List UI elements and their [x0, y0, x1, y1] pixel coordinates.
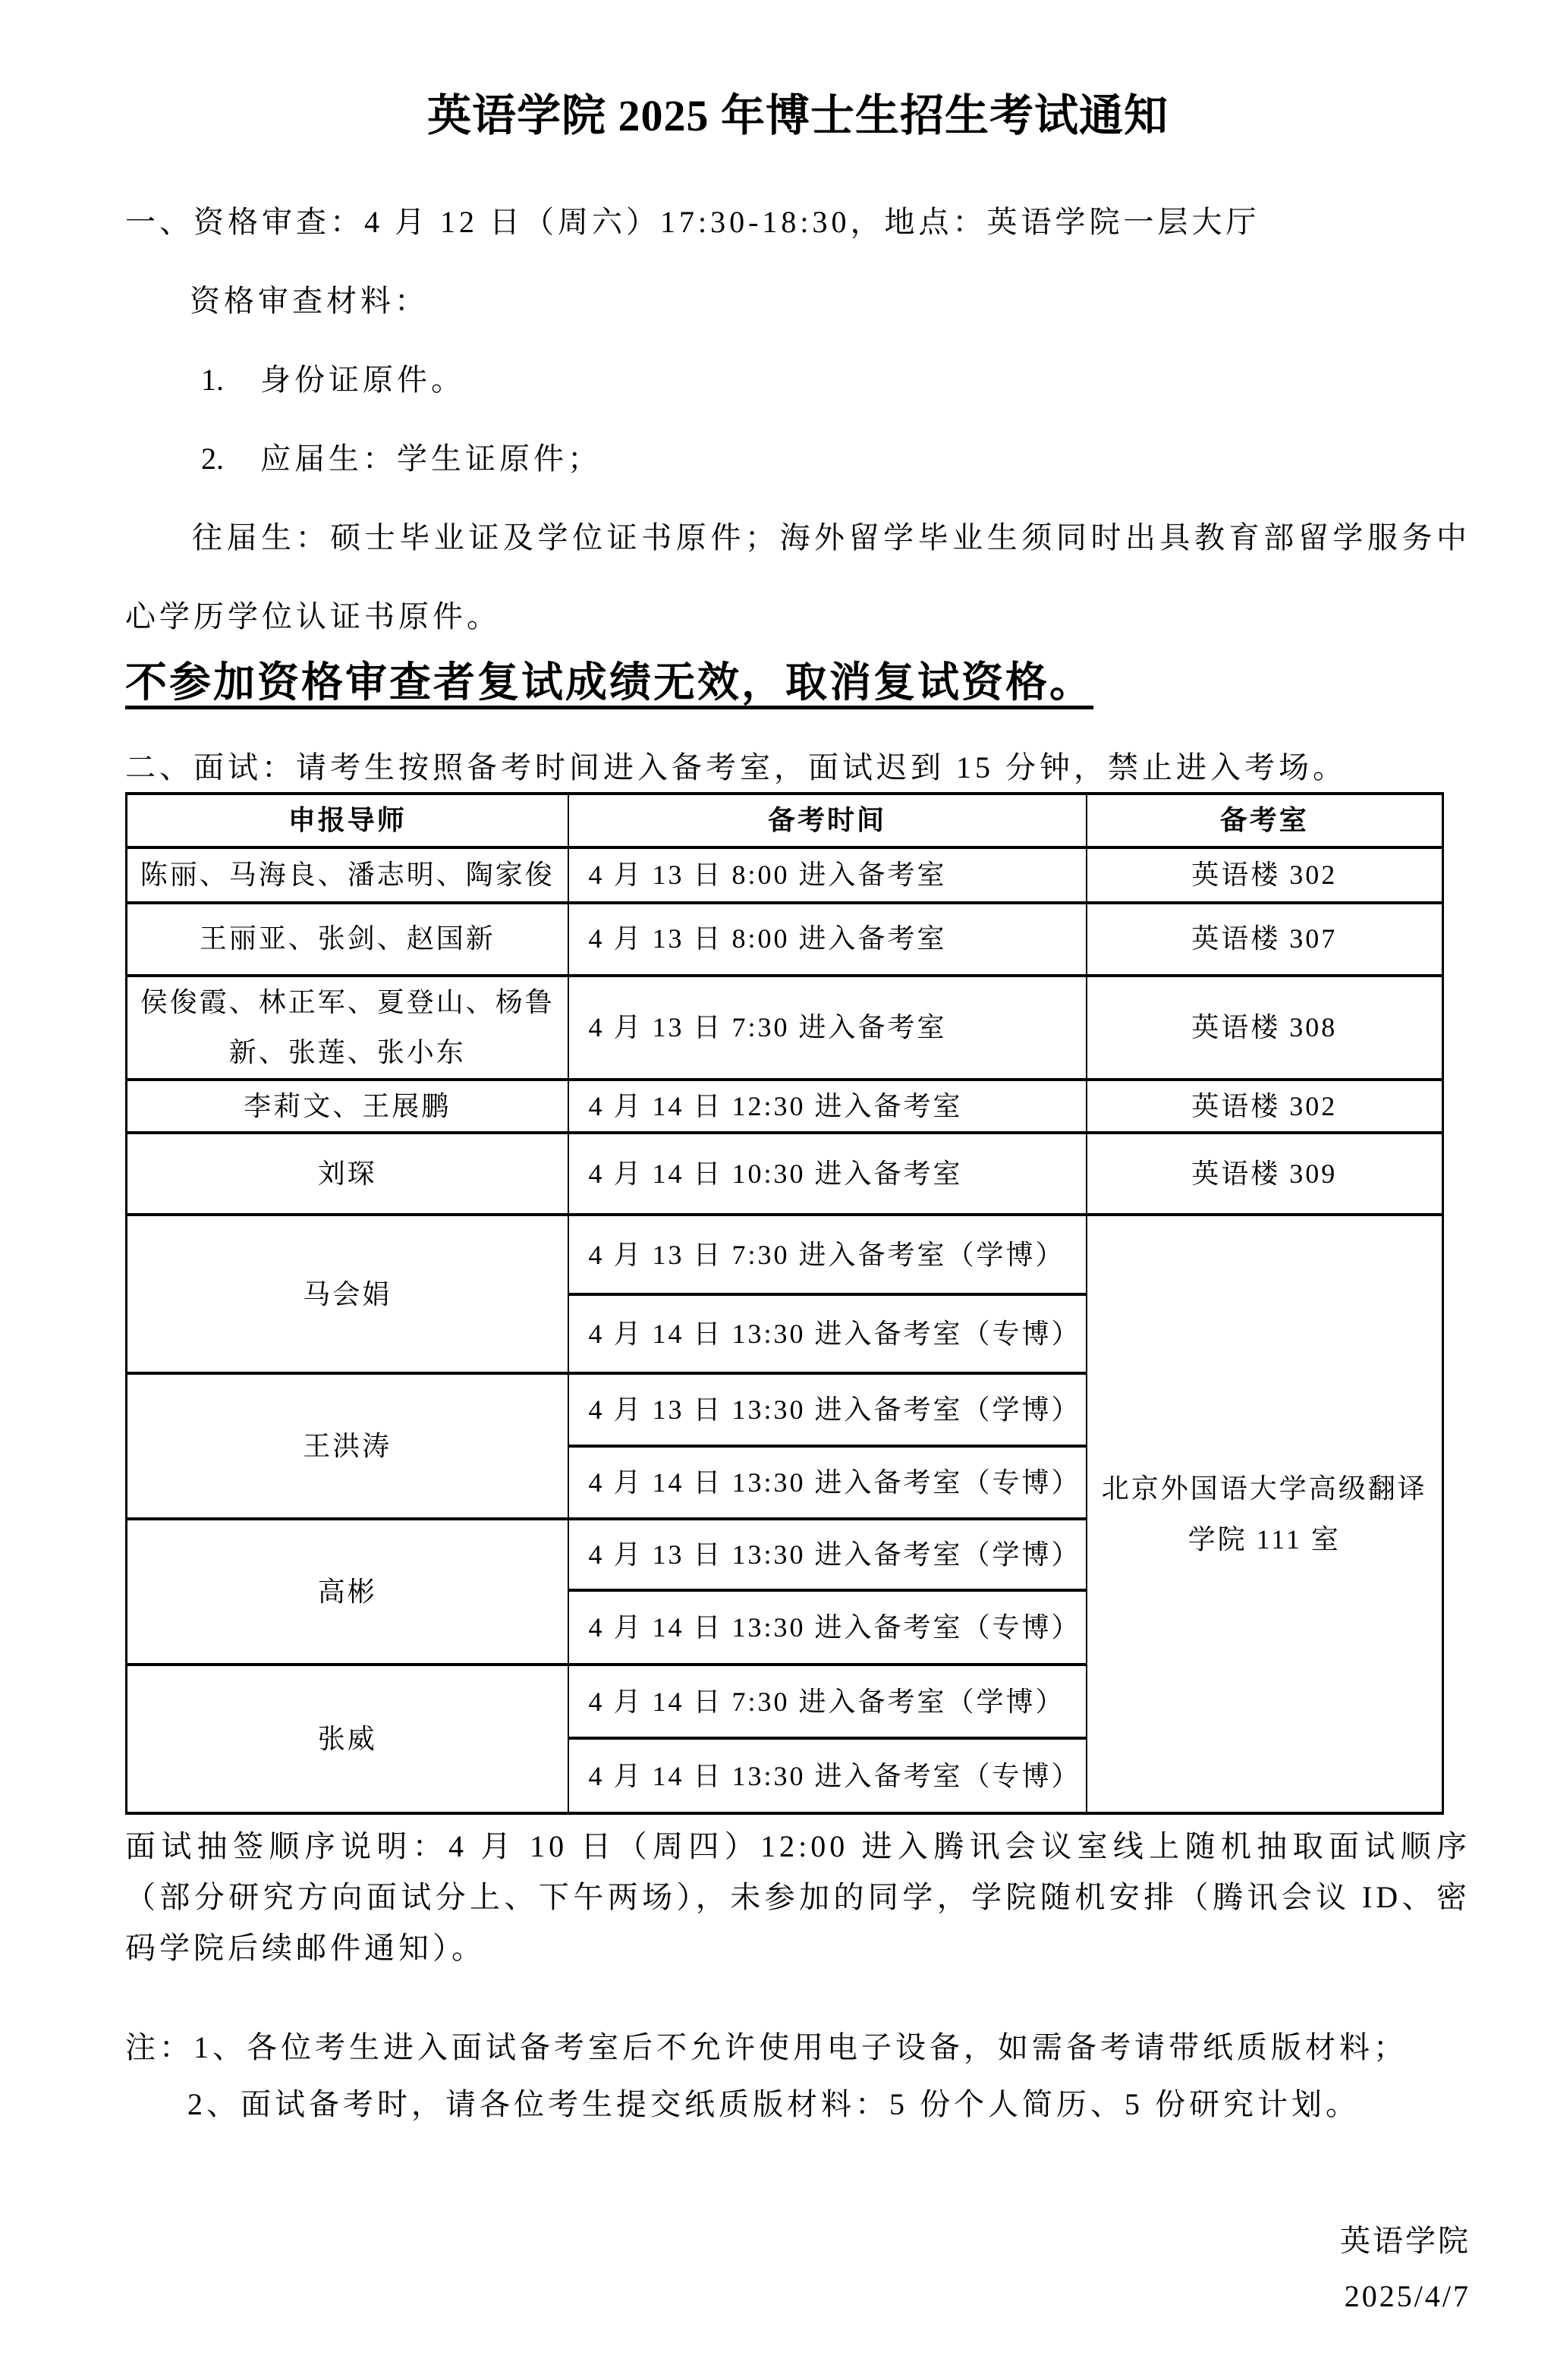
mentor-cell: 侯俊霞、林正军、夏登山、杨鲁新、张莲、张小东 — [127, 976, 568, 1080]
section1-heading: 一、资格审查：4 月 12 日（周六）17:30-18:30，地点：英语学院一层… — [125, 183, 1471, 262]
mentor-cell: 王丽亚、张剑、赵国新 — [127, 903, 568, 976]
table-row: 侯俊霞、林正军、夏登山、杨鲁新、张莲、张小东 4 月 13 日 7:30 进入备… — [127, 976, 1443, 1080]
materials-label: 资格审查材料： — [125, 262, 1471, 341]
time-cell: 4 月 14 日 13:30 进入备考室（专博） — [568, 1738, 1087, 1813]
header-prep-room: 备考室 — [1087, 794, 1443, 847]
room-cell: 英语楼 308 — [1087, 976, 1443, 1080]
table-row: 陈丽、马海良、潘志明、陶家俊 4 月 13 日 8:00 进入备考室 英语楼 3… — [127, 847, 1443, 903]
interview-schedule-table: 申报导师 备考时间 备考室 陈丽、马海良、潘志明、陶家俊 4 月 13 日 8:… — [125, 792, 1444, 1815]
time-cell: 4 月 13 日 7:30 进入备考室 — [568, 976, 1087, 1080]
time-cell: 4 月 13 日 13:30 进入备考室（学博） — [568, 1519, 1087, 1590]
time-cell: 4 月 14 日 12:30 进入备考室 — [568, 1080, 1087, 1133]
table-header-row: 申报导师 备考时间 备考室 — [127, 794, 1443, 847]
table-row: 刘琛 4 月 14 日 10:30 进入备考室 英语楼 309 — [127, 1133, 1443, 1215]
item-2-number: 2. — [201, 420, 260, 498]
time-cell: 4 月 13 日 7:30 进入备考室（学博） — [568, 1215, 1087, 1294]
notes-line-1: 注：1、各位考生进入面试备考室后不允许使用电子设备，如需备考请带纸质版材料； — [125, 2019, 1471, 2076]
time-cell: 4 月 13 日 13:30 进入备考室（学博） — [568, 1373, 1087, 1446]
mentor-cell: 张威 — [127, 1665, 568, 1813]
merged-room-cell: 北京外国语大学高级翻译学院 111 室 — [1087, 1215, 1443, 1813]
time-cell: 4 月 14 日 13:30 进入备考室（专博） — [568, 1590, 1087, 1665]
notes-line-2: 2、面试备考时，请各位考生提交纸质版材料：5 份个人简历、5 份研究计划。 — [125, 2076, 1471, 2133]
lottery-order-paragraph: 面试抽签顺序说明：4 月 10 日（周四）12:00 进入腾讯会议室线上随机抽取… — [125, 1821, 1471, 1973]
mentor-cell: 陈丽、马海良、潘志明、陶家俊 — [127, 847, 568, 903]
signature-date: 2025/4/7 — [125, 2268, 1471, 2324]
warning-line: 不参加资格审查者复试成绩无效，取消复试资格。 — [125, 656, 1471, 709]
mentor-cell: 高彬 — [127, 1519, 568, 1665]
materials-item-2: 2.应届生：学生证原件； — [125, 420, 1471, 498]
warning-text: 不参加资格审查者复试成绩无效，取消复试资格。 — [125, 659, 1093, 706]
time-cell: 4 月 14 日 7:30 进入备考室（学博） — [568, 1665, 1087, 1738]
table-row: 李莉文、王展鹏 4 月 14 日 12:30 进入备考室 英语楼 302 — [127, 1080, 1443, 1133]
mentor-cell: 马会娟 — [127, 1215, 568, 1373]
room-cell: 英语楼 302 — [1087, 847, 1443, 903]
materials-item-1: 1.身份证原件。 — [125, 341, 1471, 420]
time-cell: 4 月 14 日 10:30 进入备考室 — [568, 1133, 1087, 1215]
item-1-text: 身份证原件。 — [260, 363, 465, 397]
header-mentor: 申报导师 — [127, 794, 568, 847]
time-cell: 4 月 13 日 8:00 进入备考室 — [568, 903, 1087, 976]
table-row: 马会娟 4 月 13 日 7:30 进入备考室（学博） 北京外国语大学高级翻译学… — [127, 1215, 1443, 1294]
time-cell: 4 月 14 日 13:30 进入备考室（专博） — [568, 1294, 1087, 1373]
prior-graduates-paragraph: 往届生：硕士毕业证及学位证书原件；海外留学毕业生须同时出具教育部留学服务中心学历… — [125, 498, 1471, 656]
time-cell: 4 月 13 日 8:00 进入备考室 — [568, 847, 1087, 903]
document-page: 英语学院 2025 年博士生招生考试通知 一、资格审查：4 月 12 日（周六）… — [0, 0, 1554, 2380]
page-title: 英语学院 2025 年博士生招生考试通知 — [125, 91, 1471, 141]
mentor-cell: 王洪涛 — [127, 1373, 568, 1519]
section2-heading: 二、面试：请考生按照备考时间进入备考室，面试迟到 15 分钟，禁止进入考场。 — [125, 748, 1471, 788]
signature: 英语学院 — [125, 2213, 1471, 2268]
item-2-text: 应届生：学生证原件； — [260, 442, 602, 476]
room-cell: 英语楼 302 — [1087, 1080, 1443, 1133]
item-1-number: 1. — [201, 341, 260, 420]
header-prep-time: 备考时间 — [568, 794, 1087, 847]
room-cell: 英语楼 307 — [1087, 903, 1443, 976]
signature-block: 英语学院 2025/4/7 — [125, 2213, 1471, 2324]
mentor-cell: 李莉文、王展鹏 — [127, 1080, 568, 1133]
room-cell: 英语楼 309 — [1087, 1133, 1443, 1215]
time-cell: 4 月 14 日 13:30 进入备考室（专博） — [568, 1446, 1087, 1519]
mentor-cell: 刘琛 — [127, 1133, 568, 1215]
table-row: 王丽亚、张剑、赵国新 4 月 13 日 8:00 进入备考室 英语楼 307 — [127, 903, 1443, 976]
